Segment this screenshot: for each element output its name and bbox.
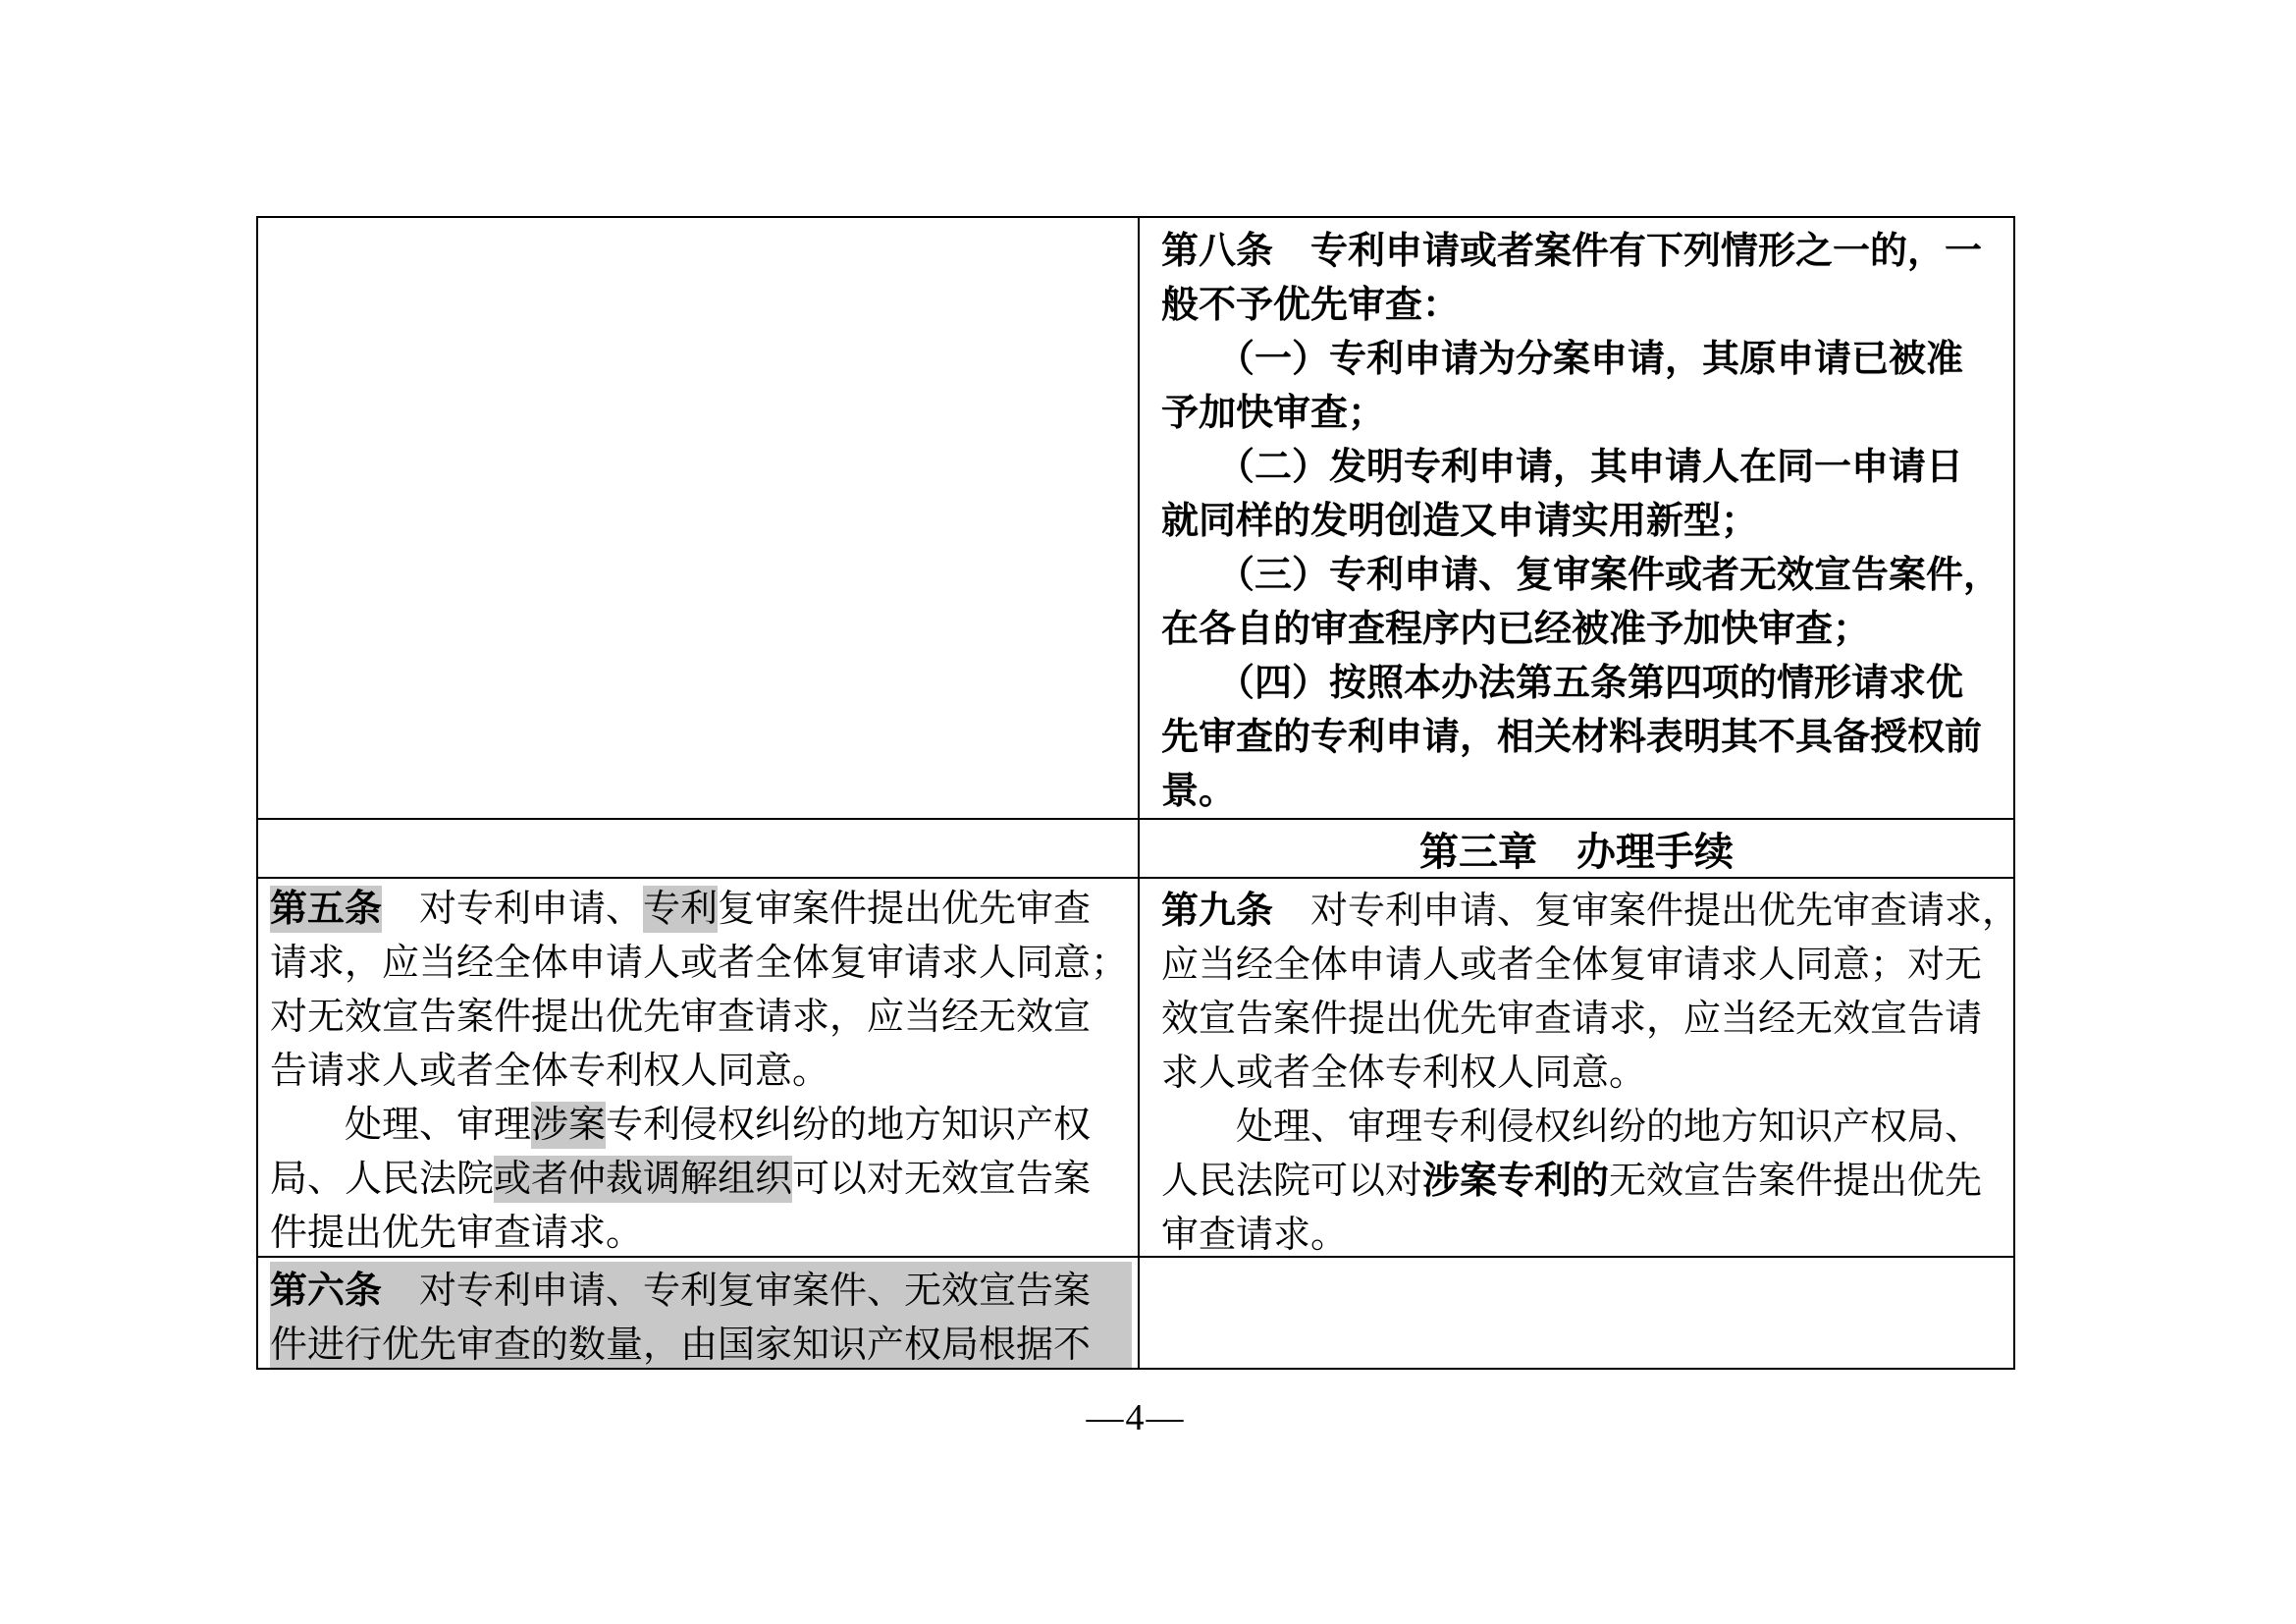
- highlight-strip: 第六条 对专利申请、专利复审案件、无效宣告案: [270, 1262, 1132, 1322]
- comparison-table: 第八条 专利申请或者案件有下列情形之一的，一般不予优先审查： （一）专利申请为分…: [256, 216, 2015, 1370]
- text-run: 求人或者全体专利权人同意。: [1161, 1053, 1646, 1094]
- text-run: 人民法院可以对: [1161, 1161, 1422, 1202]
- text-line: 件进行优先审查的数量，由国家知识产权局根据不: [270, 1316, 1132, 1368]
- text-line: （三）专利申请、复审案件或者无效宣告案件，: [1161, 548, 2005, 602]
- text-run: 效宣告案件提出优先审查请求，应当经无效宣告请: [1161, 999, 1982, 1040]
- text-line: 就同样的发明创造又申请实用新型；: [1161, 494, 2005, 548]
- text-run: 予加快审查；: [1161, 391, 1385, 434]
- text-line: （二）发明专利申请，其申请人在同一申请日: [1161, 440, 2005, 494]
- text-line: 件提出优先审查请求。: [270, 1207, 1132, 1256]
- text-run: 第五条: [270, 886, 382, 933]
- text-line: 第八条 专利申请或者案件有下列情形之一的，一: [1161, 224, 2005, 278]
- text-run: （三）专利申请、复审案件或者无效宣告案件，: [1161, 553, 2001, 596]
- page-number: —4—: [256, 1396, 2015, 1439]
- table-cell-row1-left: [258, 218, 1138, 818]
- text-line: 般不予优先审查：: [1161, 278, 2005, 332]
- text-run: 在各自的审查程序内已经被准予加快审查；: [1161, 607, 1870, 650]
- text-run: 就同样的发明创造又申请实用新型；: [1161, 499, 1758, 542]
- text-line: 告请求人或者全体专利权人同意。: [270, 1045, 1132, 1099]
- text-run: 第九条: [1161, 891, 1273, 932]
- text-run: 应当经全体申请人或者全体复审请求人同意；对无: [1161, 945, 1982, 986]
- text-run: （四）按照本办法第五条第四项的情形请求优: [1161, 661, 1963, 704]
- text-line: 处理、审理专利侵权纠纷的地方知识产权局、: [1161, 1101, 2005, 1155]
- text-line: 处理、审理涉案专利侵权纠纷的地方知识产权: [270, 1099, 1132, 1153]
- text-line: 求人或者全体专利权人同意。: [1161, 1047, 2005, 1101]
- table-cell-row3-left-article5: 第五条 对专利申请、专利复审案件提出优先审查请求，应当经全体申请人或者全体复审请…: [258, 877, 1138, 1256]
- text-run: 专利申请或者案件有下列情形之一的，一: [1273, 229, 1982, 272]
- text-line: 第九条 对专利申请、复审案件提出优先审查请求，: [1161, 885, 2005, 939]
- text-run: 处理、审理: [270, 1105, 531, 1146]
- text-run: 第六条: [270, 1271, 382, 1312]
- table-cell-row2-left: [258, 818, 1138, 877]
- chapter-heading: 第三章 办理手续: [1419, 821, 1734, 877]
- text-run: 或者仲裁调解组织: [494, 1156, 792, 1203]
- text-run: 复审案件提出优先审查: [718, 889, 1091, 930]
- text-line: 对无效宣告案件提出优先审查请求，应当经无效宣: [270, 991, 1132, 1045]
- table-cell-row4-right: [1138, 1256, 2013, 1368]
- text-line: 先审查的专利申请，相关材料表明其不具备授权前: [1161, 710, 2005, 764]
- text-run: 局、人民法院: [270, 1159, 494, 1200]
- table-cell-row3-right-article9: 第九条 对专利申请、复审案件提出优先审查请求，应当经全体申请人或者全体复审请求人…: [1138, 877, 2013, 1256]
- table-cell-row1-right-article8: 第八条 专利申请或者案件有下列情形之一的，一般不予优先审查： （一）专利申请为分…: [1138, 218, 2013, 818]
- text-run: 景。: [1161, 769, 1236, 812]
- text-run: 般不予优先审查：: [1161, 283, 1460, 326]
- text-run: 涉案专利的: [1422, 1161, 1609, 1202]
- text-line: 人民法院可以对涉案专利的无效宣告案件提出优先: [1161, 1155, 2005, 1209]
- highlight-strip: 件进行优先审查的数量，由国家知识产权局根据不: [270, 1316, 1132, 1368]
- text-run: 涉案: [531, 1102, 606, 1149]
- text-run: 处理、审理专利侵权纠纷的地方知识产权局、: [1161, 1107, 1982, 1148]
- text-run: 对专利申请、: [382, 889, 643, 930]
- text-line: 应当经全体申请人或者全体复审请求人同意；对无: [1161, 939, 2005, 993]
- text-line: 审查请求。: [1161, 1209, 2005, 1256]
- text-run: 可以对无效宣告案: [792, 1159, 1091, 1200]
- text-run: （一）专利申请为分案申请，其原申请已被准: [1161, 337, 1963, 380]
- text-run: 告请求人或者全体专利权人同意。: [270, 1051, 829, 1092]
- text-line: （四）按照本办法第五条第四项的情形请求优: [1161, 656, 2005, 710]
- text-line: 请求，应当经全体申请人或者全体复审请求人同意；: [270, 937, 1132, 991]
- text-line: 在各自的审查程序内已经被准予加快审查；: [1161, 602, 2005, 656]
- text-run: 对无效宣告案件提出优先审查请求，应当经无效宣: [270, 997, 1091, 1038]
- document-page: { "page_number": "—4—", "table": { "row1…: [0, 0, 2296, 1624]
- text-run: 先审查的专利申请，相关材料表明其不具备授权前: [1161, 715, 1982, 758]
- text-run: 审查请求。: [1161, 1215, 1348, 1256]
- text-line: 第五条 对专利申请、专利复审案件提出优先审查: [270, 883, 1132, 937]
- text-line: 效宣告案件提出优先审查请求，应当经无效宣告请: [1161, 993, 2005, 1047]
- text-run: 件进行优先审查的数量，由国家知识产权局根据不: [270, 1325, 1091, 1366]
- text-line: （一）专利申请为分案申请，其原申请已被准: [1161, 332, 2005, 386]
- text-run: 对专利申请、复审案件提出优先审查请求，: [1273, 891, 2013, 932]
- text-line: 景。: [1161, 764, 2005, 818]
- text-run: 第八条: [1161, 229, 1273, 272]
- text-run: 对专利申请、专利复审案件、无效宣告案: [382, 1271, 1091, 1312]
- text-line: 局、人民法院或者仲裁调解组织可以对无效宣告案: [270, 1153, 1132, 1207]
- text-run: 请求，应当经全体申请人或者全体复审请求人同意；: [270, 943, 1128, 984]
- text-line: 第六条 对专利申请、专利复审案件、无效宣告案: [270, 1262, 1132, 1316]
- text-run: 专利侵权纠纷的地方知识产权: [606, 1105, 1091, 1146]
- table-cell-row4-left-article6: 第六条 对专利申请、专利复审案件、无效宣告案件进行优先审查的数量，由国家知识产权…: [258, 1256, 1138, 1368]
- text-run: （二）发明专利申请，其申请人在同一申请日: [1161, 445, 1963, 488]
- table-cell-row2-right-chapter: 第三章 办理手续: [1138, 818, 2013, 877]
- text-run: 件提出优先审查请求。: [270, 1213, 643, 1254]
- text-line: 予加快审查；: [1161, 386, 2005, 440]
- text-run: 专利: [643, 886, 718, 933]
- text-run: 无效宣告案件提出优先: [1609, 1161, 1982, 1202]
